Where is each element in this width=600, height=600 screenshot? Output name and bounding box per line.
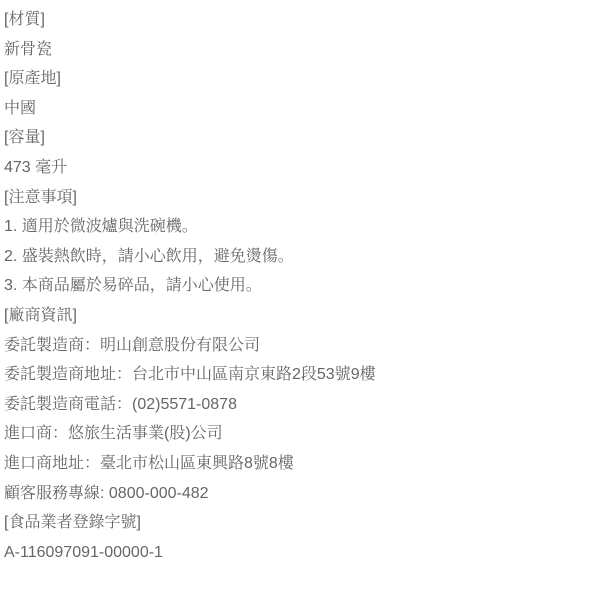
origin-value: 中國 [4,94,600,124]
section-heading-vendor: [廠商資訊] [4,301,600,331]
section-heading-capacity: [容量] [4,123,600,153]
note-item-3: 3. 本商品屬於易碎品，請小心使用。 [4,271,600,301]
note-item-2: 2. 盛裝熱飲時，請小心飲用，避免燙傷。 [4,242,600,272]
capacity-value: 473 毫升 [4,153,600,183]
vendor-importer-address: 進口商地址：臺北市松山區東興路8號8樓 [4,449,600,479]
section-heading-food-registration: [食品業者登錄字號] [4,508,600,538]
section-heading-notes: [注意事項] [4,183,600,213]
vendor-manufacturer-address: 委託製造商地址：台北市中山區南京東路2段53號9樓 [4,360,600,390]
section-heading-origin: [原產地] [4,64,600,94]
vendor-importer: 進口商：悠旅生活事業(股)公司 [4,419,600,449]
vendor-manufacturer-phone: 委託製造商電話：(02)5571-0878 [4,390,600,420]
note-item-1: 1. 適用於微波爐與洗碗機。 [4,212,600,242]
food-registration-number: A-116097091-00000-1 [4,538,600,568]
vendor-manufacturer: 委託製造商：明山創意股份有限公司 [4,331,600,361]
section-heading-material: [材質] [4,5,600,35]
vendor-customer-service: 顧客服務專線: 0800-000-482 [4,479,600,509]
material-value: 新骨瓷 [4,35,600,65]
product-spec: [材質] 新骨瓷 [原產地] 中國 [容量] 473 毫升 [注意事項] 1. … [0,0,600,567]
